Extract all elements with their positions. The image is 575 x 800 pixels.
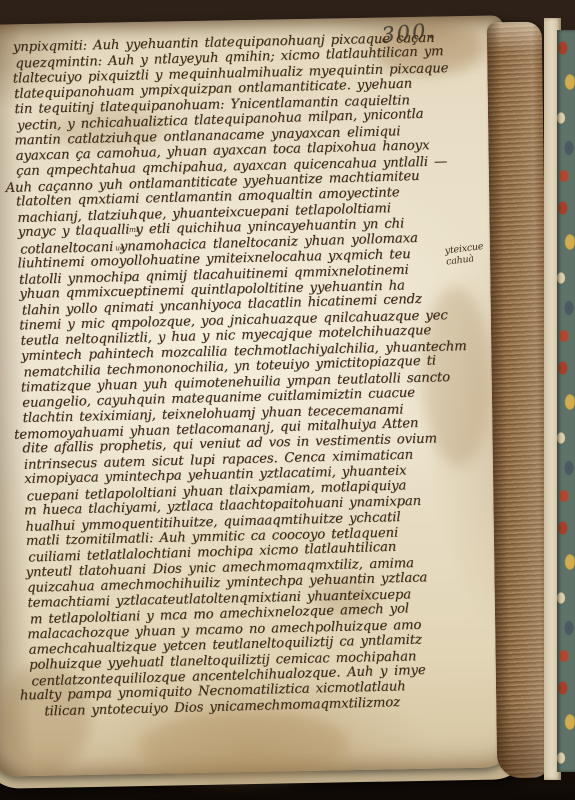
manuscript-text-block: ynpixqmiti: Auh yyehuantin tlatequipanoh…: [13, 29, 487, 720]
interlinear-correction: ue: [115, 243, 124, 252]
marbled-endpaper: [557, 30, 575, 772]
book-fore-edge: [487, 22, 553, 779]
manuscript-page: 300. ynpixqmiti: Auh yyehuantin tlatequi…: [0, 15, 517, 777]
margin-note: yteixcue cahuà: [444, 241, 492, 267]
photographed-open-book: 300. ynpixqmiti: Auh yyehuantin tlatequi…: [0, 0, 575, 800]
interlinear-correction: mi: [129, 225, 139, 234]
